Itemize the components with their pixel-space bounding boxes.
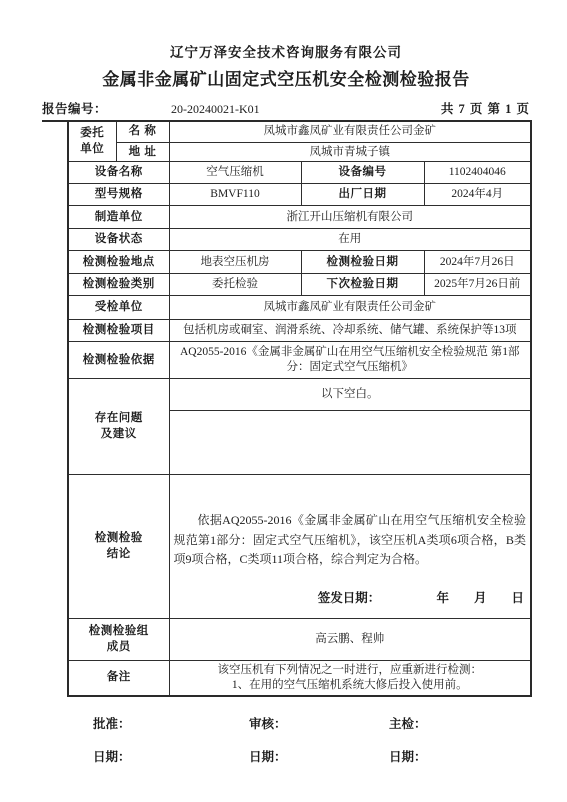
device-name-value: 空气压缩机	[169, 162, 301, 184]
manufacturer-label: 制造单位	[68, 206, 169, 229]
report-number-label: 报告编号：	[42, 99, 107, 117]
table-row: 设备状态 在用	[68, 229, 531, 251]
conclusion-label: 检测检验 结论	[68, 475, 169, 619]
table-row: 检测检验组 成员 高云鹏、程帅	[68, 619, 531, 661]
items-label: 检测检验项目	[68, 320, 169, 342]
basis-value: AQ2055-2016《金属非金属矿山在用空气压缩机安全检验规范 第1部分：固定…	[169, 342, 531, 379]
table-row: 型号规格 BMVF110 出厂日期 2024年4月	[68, 184, 531, 206]
category-value: 委托检验	[169, 274, 301, 296]
status-value: 在用	[169, 229, 531, 251]
signature-block: 批准： 审核： 主检： 日期： 日期： 日期：	[93, 714, 530, 765]
status-label: 设备状态	[68, 229, 169, 251]
device-name-label: 设备名称	[68, 162, 169, 184]
remark-value: 该空压机有下列情况之一时进行，应重新进行检测： 1、在用的空气压缩机系统大修后投…	[169, 661, 531, 696]
items-value: 包括机房或硐室、润滑系统、冷却系统、储气罐、系统保护等13项	[169, 320, 531, 342]
location-label: 检测检验地点	[68, 251, 169, 274]
team-label: 检测检验组 成员	[68, 619, 169, 661]
conclusion-text: 依据AQ2055-2016《金属非金属矿山在用空气压缩机安全检验规范第1部分：固…	[174, 511, 527, 569]
company-name: 辽宁万泽安全技术咨询服务有限公司	[42, 44, 530, 62]
chief-label: 主检：	[389, 714, 427, 732]
model-label: 型号规格	[68, 184, 169, 206]
page-count: 共 7 页 第 1 页	[441, 99, 530, 117]
signature-row-names: 批准： 审核： 主检：	[93, 714, 530, 732]
factory-date-value: 2024年4月	[424, 184, 531, 206]
team-members-value: 高云鹏、程帅	[169, 619, 531, 661]
table-row: 备注 该空压机有下列情况之一时进行，应重新进行检测： 1、在用的空气压缩机系统大…	[68, 661, 531, 696]
table-row: 检测检验项目 包括机房或硐室、润滑系统、冷却系统、储气罐、系统保护等13项	[68, 320, 531, 342]
report-title: 金属非金属矿山固定式空压机安全检测检验报告	[42, 69, 530, 90]
table-row: 受检单位 凤城市鑫凤矿业有限责任公司金矿	[68, 296, 531, 320]
approve-date-label: 日期：	[93, 747, 249, 765]
review-label: 审核：	[249, 714, 389, 732]
problems-empty-cell	[169, 411, 531, 475]
report-page: 辽宁万泽安全技术咨询服务有限公司 金属非金属矿山固定式空压机安全检测检验报告 报…	[0, 0, 567, 802]
client-unit-label: 委托 单位	[68, 121, 116, 162]
issue-date-line: 签发日期： 年 月 日	[174, 590, 527, 607]
table-row: 制造单位 浙江开山压缩机有限公司	[68, 206, 531, 229]
client-name-value: 凤城市鑫凤矿业有限责任公司金矿	[169, 121, 531, 143]
inspection-report-table: 委托 单位 名 称 凤城市鑫凤矿业有限责任公司金矿 地 址 凤城市青城子镇 设备…	[67, 120, 532, 697]
next-date-label: 下次检验日期	[301, 274, 424, 296]
report-number-row: 报告编号： 20-20240021-K01 共 7 页 第 1 页	[42, 99, 530, 122]
manufacturer-value: 浙江开山压缩机有限公司	[169, 206, 531, 229]
model-value: BMVF110	[169, 184, 301, 206]
device-no-label: 设备编号	[301, 162, 424, 184]
location-value: 地表空压机房	[169, 251, 301, 274]
table-row: 检测检验地点 地表空压机房 检测检验日期 2024年7月26日	[68, 251, 531, 274]
chief-date-label: 日期：	[389, 747, 427, 765]
client-address-value: 凤城市青城子镇	[169, 143, 531, 162]
device-no-value: 1102404046	[424, 162, 531, 184]
table-row: 检测检验 结论 依据AQ2055-2016《金属非金属矿山在用空气压缩机安全检验…	[68, 475, 531, 619]
test-date-value: 2024年7月26日	[424, 251, 531, 274]
problems-label: 存在问题 及建议	[68, 379, 169, 475]
table-row: 检测检验类别 委托检验 下次检验日期 2025年7月26日前	[68, 274, 531, 296]
document-body: 辽宁万泽安全技术咨询服务有限公司 金属非金属矿山固定式空压机安全检测检验报告 报…	[0, 0, 567, 765]
approve-label: 批准：	[93, 714, 249, 732]
next-date-value: 2025年7月26日前	[424, 274, 531, 296]
table-row: 设备名称 空气压缩机 设备编号 1102404046	[68, 162, 531, 184]
conclusion-cell: 依据AQ2055-2016《金属非金属矿山在用空气压缩机安全检验规范第1部分：固…	[169, 475, 531, 619]
factory-date-label: 出厂日期	[301, 184, 424, 206]
table-row: 检测检验依据 AQ2055-2016《金属非金属矿山在用空气压缩机安全检验规范 …	[68, 342, 531, 379]
inspected-unit-value: 凤城市鑫凤矿业有限责任公司金矿	[169, 296, 531, 320]
table-row: 委托 单位 名 称 凤城市鑫凤矿业有限责任公司金矿	[68, 121, 531, 143]
table-row: 地 址 凤城市青城子镇	[68, 143, 531, 162]
category-label: 检测检验类别	[68, 274, 169, 296]
inspected-unit-label: 受检单位	[68, 296, 169, 320]
remark-label: 备注	[68, 661, 169, 696]
report-number-value: 20-20240021-K01	[171, 102, 260, 117]
test-date-label: 检测检验日期	[301, 251, 424, 274]
table-row: 存在问题 及建议 以下空白。	[68, 379, 531, 411]
basis-label: 检测检验依据	[68, 342, 169, 379]
problems-note: 以下空白。	[169, 379, 531, 411]
client-name-label: 名 称	[116, 121, 169, 143]
review-date-label: 日期：	[249, 747, 389, 765]
client-address-label: 地 址	[116, 143, 169, 162]
signature-row-dates: 日期： 日期： 日期：	[93, 747, 530, 765]
